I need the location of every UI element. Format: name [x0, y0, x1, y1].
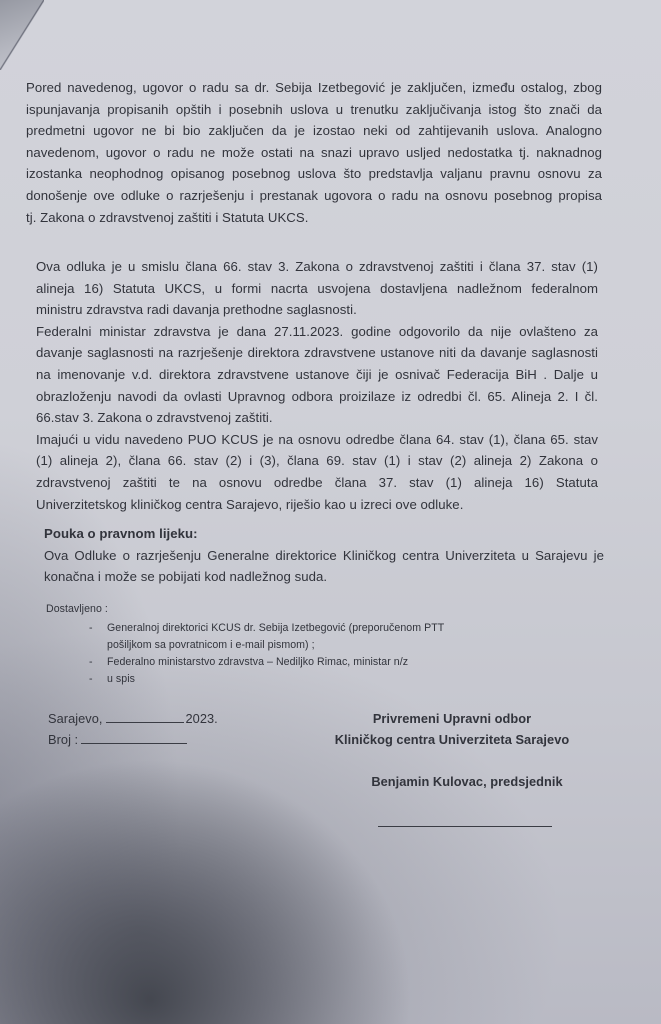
recipient-item: u spis [89, 671, 606, 688]
paragraph-decision-basis: Ova odluka je u smislu člana 66. stav 3.… [36, 256, 598, 515]
text-line: Ova odluka je u smislu člana 66. stav 3.… [36, 256, 598, 278]
text-line: (1) alineja 2), člana 66. stav (2) i (3)… [36, 450, 598, 472]
place-date-line: Sarajevo,2023. [48, 708, 218, 729]
text-line: Federalni ministar zdravstva je dana 27.… [36, 321, 598, 343]
delivery-list: Dostavljeno : Generalnoj direktorici KCU… [46, 601, 606, 688]
date-blank-field [106, 709, 184, 723]
legal-remedy-title: Pouka o pravnom lijeku: [44, 523, 604, 545]
place-label: Sarajevo, [48, 711, 103, 726]
number-label: Broj : [48, 732, 78, 747]
number-line: Broj : [48, 729, 218, 750]
signature-line [378, 826, 552, 827]
text-line: konačna i može se pobijati kod nadležnog… [44, 566, 604, 588]
recipient-item: Generalnoj direktorici KCUS dr. Sebija I… [89, 620, 487, 654]
recipient-item: Federalno ministarstvo zdravstva – Nedil… [89, 654, 606, 671]
text-line: alineja 16) Statuta UKCS, u formi nacrta… [36, 278, 598, 300]
text-line: donošenje ove odluke o razrješenju i pre… [26, 185, 602, 207]
signatory-name: Benjamin Kulovac, predsjednik [360, 771, 574, 792]
text-line: Univerzitetskog kliničkog centra Sarajev… [36, 494, 598, 516]
footer-place-and-number: Sarajevo,2023. Broj : [48, 708, 218, 750]
page-corner-edge [0, 0, 44, 70]
text-line: davanje saglasnosti na razrješenje direk… [36, 342, 598, 364]
board-name-line-1: Privremeni Upravni odbor [330, 708, 574, 729]
issuing-board: Privremeni Upravni odbor Kliničkog centr… [330, 708, 574, 750]
delivery-label: Dostavljeno : [46, 603, 108, 615]
text-line: obrazloženju navodi da ovlasti Upravnog … [36, 386, 598, 408]
text-line: zdravstvenoj zaštiti te na osnovu odredb… [36, 472, 598, 494]
text-line: Imajući u vidu navedeno PUO KCUS je na o… [36, 429, 598, 451]
year-label: 2023. [186, 711, 218, 726]
text-line: ispunjavanja propisanih opštih i posebni… [26, 99, 602, 121]
board-name-line-2: Kliničkog centra Univerziteta Sarajevo [330, 729, 574, 750]
text-line: izostanka neophodnog opisanog posebnog u… [26, 163, 602, 185]
text-line: na imenovanje v.d. direktora zdravstvene… [36, 364, 598, 386]
delivery-recipients: Generalnoj direktorici KCUS dr. Sebija I… [46, 620, 606, 688]
text-line: Pored navedenog, ugovor o radu sa dr. Se… [26, 77, 602, 99]
text-line: ministru zdravstva radi davanja prethodn… [36, 299, 598, 321]
text-line: predmetni ugovor ne bi bio zaključen da … [26, 120, 602, 142]
number-blank-field [81, 730, 187, 744]
text-line: navedenom, ugovor o radu ne može ostati … [26, 142, 602, 164]
text-line: 66.stav 3. Zakona o zdravstvenoj zaštiti… [36, 407, 598, 429]
paragraph-contract-justification: Pored navedenog, ugovor o radu sa dr. Se… [26, 77, 602, 228]
text-line: Ova Odluke o razrješenju Generalne direk… [44, 545, 604, 567]
legal-remedy-section: Pouka o pravnom lijeku: Ova Odluke o raz… [44, 523, 604, 588]
text-line: tj. Zakona o zdravstvenoj zaštiti i Stat… [26, 207, 602, 229]
